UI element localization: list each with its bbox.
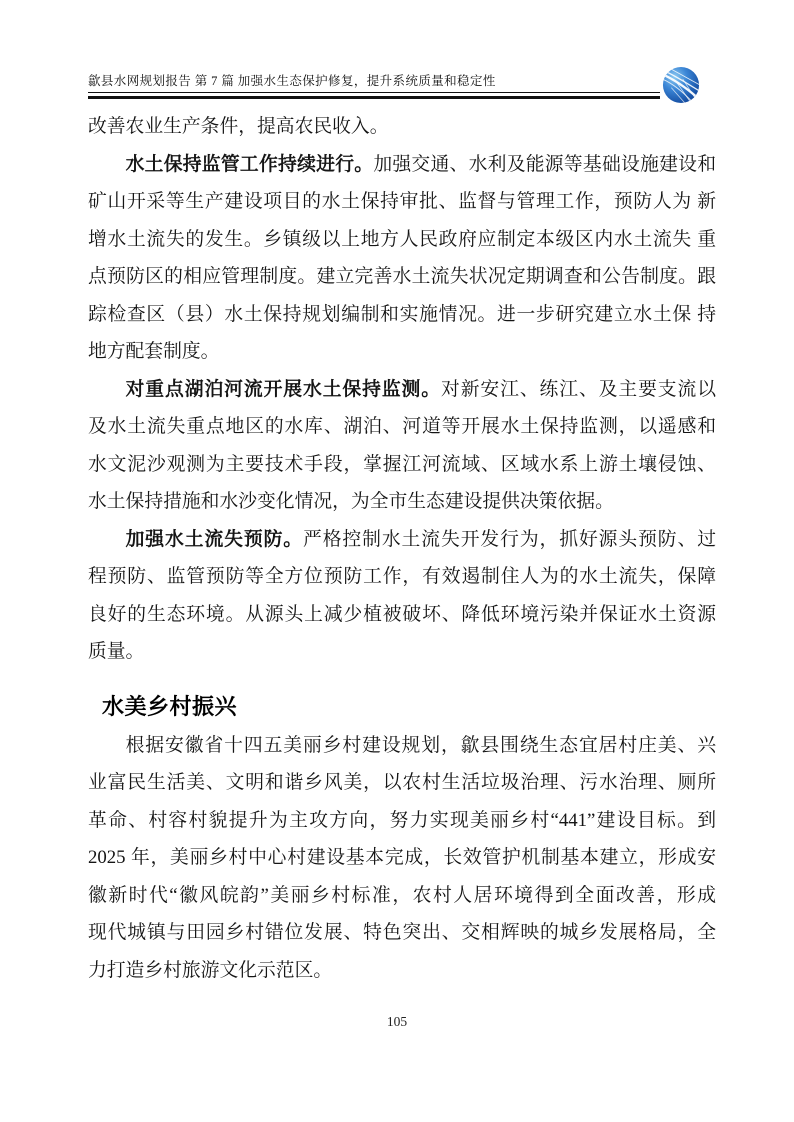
paragraph-lead-bold: 对重点湖泊河流开展水土保持监测。 — [126, 379, 441, 400]
text-line: 程预防、监管预防等全方位预防工作，有效遏制住人为的水土流失，保障 — [88, 558, 716, 596]
header-title: 歙县水网规划报告 第 7 篇 加强水生态保护修复，提升系统质量和稳定性 — [88, 72, 716, 90]
text-line: 改善农业生产条件，提高农民收入。 — [88, 108, 716, 146]
paragraph-lead-bold: 加强水土流失预防。 — [126, 529, 303, 550]
text-line: 水土保持措施和水沙变化情况，为全市生态建设提供决策依据。 — [88, 483, 716, 521]
text-line: 水文泥沙观测为主要技术手段，掌握江河流域、区域水系上游土壤侵蚀、 — [88, 446, 716, 484]
text-line: 质量。 — [88, 633, 716, 671]
text-line: 踪检查区（县）水土保持规划编制和实施情况。进一步研究建立水土保 持 — [88, 296, 716, 334]
text-line: 根据安徽省十四五美丽乡村建设规划，歙县围绕生态宜居村庄美、兴 — [88, 727, 716, 765]
text-line: 革命、村容村貌提升为主攻方向，努力实现美丽乡村“441”建设目标。到 — [88, 802, 716, 840]
paragraph: 根据安徽省十四五美丽乡村建设规划，歙县围绕生态宜居村庄美、兴业富民生活美、文明和… — [88, 727, 716, 990]
text-line: 力打造乡村旅游文化示范区。 — [88, 952, 716, 990]
text-line: 对重点湖泊河流开展水土保持监测。对新安江、练江、及主要支流以 — [88, 371, 716, 409]
document-page: 歙县水网规划报告 第 7 篇 加强水生态保护修复，提升系统质量和稳定性 — [0, 0, 794, 1122]
text-line: 徽新时代“徽风皖韵”美丽乡村标准，农村人居环境得到全面改善，形成 — [88, 877, 716, 915]
company-logo — [662, 66, 700, 104]
page-header: 歙县水网规划报告 第 7 篇 加强水生态保护修复，提升系统质量和稳定性 — [88, 72, 716, 99]
text-line: 点预防区的相应管理制度。建立完善水土流失状况定期调查和公告制度。跟 — [88, 258, 716, 296]
globe-swoosh-icon — [662, 66, 700, 104]
paragraph-lead-bold: 水土保持监管工作持续进行。 — [126, 154, 374, 175]
text-line: 及水土流失重点地区的水库、湖泊、河道等开展水土保持监测，以遥感和 — [88, 408, 716, 446]
paragraph: 水土保持监管工作持续进行。加强交通、水利及能源等基础设施建设和矿山开采等生产建设… — [88, 146, 716, 371]
text-line: 矿山开采等生产建设项目的水土保持审批、监督与管理工作，预防人为 新 — [88, 183, 716, 221]
text-line: 2025 年，美丽乡村中心村建设基本完成，长效管护机制基本建立，形成安 — [88, 839, 716, 877]
paragraph: 改善农业生产条件，提高农民收入。 — [88, 108, 716, 146]
text-line: 业富民生活美、文明和谐乡风美，以农村生活垃圾治理、污水治理、厕所 — [88, 764, 716, 802]
paragraph: 加强水土流失预防。严格控制水土流失开发行为，抓好源头预防、过程预防、监管预防等全… — [88, 521, 716, 671]
text-line: 现代城镇与田园乡村错位发展、特色突出、交相辉映的城乡发展格局，全 — [88, 914, 716, 952]
text-line: 地方配套制度。 — [88, 333, 716, 371]
text-line: 增水土流失的发生。乡镇级以上地方人民政府应制定本级区内水土流失 重 — [88, 221, 716, 259]
header-rule — [88, 92, 660, 99]
text-line: 良好的生态环境。从源头上减少植被破坏、降低环境污染并保证水土资源 — [88, 596, 716, 634]
section-heading: 水美乡村振兴 — [102, 686, 716, 727]
paragraph: 对重点湖泊河流开展水土保持监测。对新安江、练江、及主要支流以及水土流失重点地区的… — [88, 371, 716, 521]
page-number: 105 — [0, 1014, 794, 1030]
text-line: 水土保持监管工作持续进行。加强交通、水利及能源等基础设施建设和 — [88, 146, 716, 184]
body-text: 改善农业生产条件，提高农民收入。水土保持监管工作持续进行。加强交通、水利及能源等… — [88, 108, 716, 989]
text-line: 加强水土流失预防。严格控制水土流失开发行为，抓好源头预防、过 — [88, 521, 716, 559]
